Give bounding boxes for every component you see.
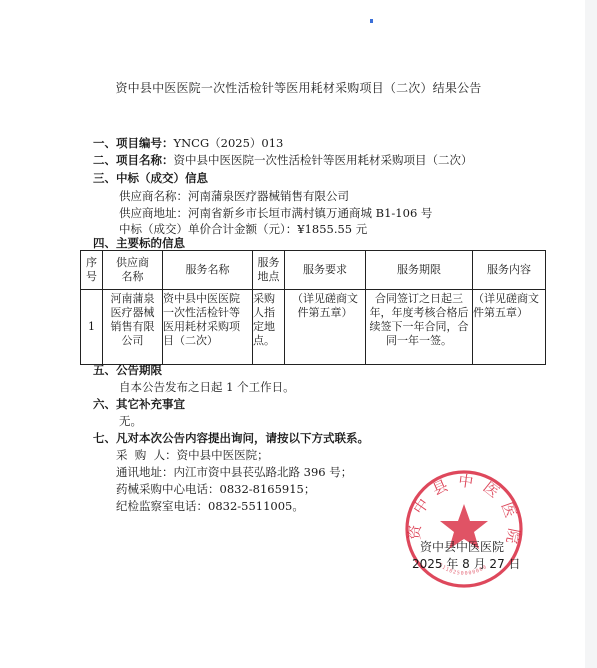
project-number-label: 一、项目编号： <box>93 136 174 150</box>
cell-service-name: 资中县中医医院 一次性活检针等 医用耗材采购项 目（二次） <box>163 290 253 365</box>
project-number-line: 一、项目编号：YNCG（2025）013 <box>93 136 283 150</box>
table-header-row: 序号 供应商名称 服务名称 服务地点 服务要求 服务期限 服务内容 <box>81 251 546 290</box>
header-content: 服务内容 <box>473 251 546 290</box>
pharmacy-phone-label: 药械采购中心电话： <box>116 482 220 496</box>
cell-supplier: 河南蒲泉 医疗器械 销售有限 公司 <box>103 290 163 365</box>
contact-address: 内江市资中县苌弘路北路 396 号； <box>174 465 353 479</box>
supplier-address-label: 供应商地址： <box>119 206 188 220</box>
table-row: 1 河南蒲泉 医疗器械 销售有限 公司 资中县中医医院 一次性活检针等 医用耗材… <box>81 290 546 365</box>
notice-period-text: 自本公告发布之日起 1 个工作日。 <box>119 380 295 394</box>
header-seq: 序号 <box>81 251 103 290</box>
supplier-address-line: 供应商地址：河南省新乡市长垣市满村镇万通商城 B1-106 号 <box>119 206 432 220</box>
document-title: 资中县中医医院一次性活检针等医用耗材采购项目（二次）结果公告 <box>0 79 597 96</box>
pharmacy-phone: 0832-8165915； <box>220 482 316 496</box>
signature-date: 2025 年 8 月 27 日 <box>412 555 521 572</box>
project-name-line: 二、项目名称：资中县中医医院一次性活检针等医用耗材采购项目（二次） <box>93 153 473 167</box>
purchaser-label: 采 购 人： <box>116 448 177 462</box>
supplier-name-label: 供应商名称： <box>119 189 188 203</box>
cell-location: 采购 人指 定地 点。 <box>253 290 285 365</box>
discipline-phone: 0832-5511005。 <box>208 499 304 513</box>
award-amount: ¥1855.55 元 <box>297 222 367 236</box>
supplier-name-line: 供应商名称：河南蒲泉医疗器械销售有限公司 <box>119 189 349 203</box>
purchaser-line: 采 购 人：资中县中医医院； <box>116 448 269 462</box>
header-requirement: 服务要求 <box>285 251 366 290</box>
header-location: 服务地点 <box>253 251 285 290</box>
award-amount-line: 中标（成交）单价合计金额（元）：¥1855.55 元 <box>119 222 367 236</box>
other-matters-heading: 六、其它补充事宜 <box>93 397 185 411</box>
cell-period: 合同签订之日起三 年，年度考核合格后 续签下一年合同，合 同一年一签。 <box>366 290 473 365</box>
page-edge <box>585 0 597 668</box>
supplier-address: 河南省新乡市长垣市满村镇万通商城 B1-106 号 <box>188 206 432 220</box>
header-period: 服务期限 <box>366 251 473 290</box>
notice-period-heading: 五、公告期限 <box>93 363 162 377</box>
discipline-phone-label: 纪检监察室电话： <box>116 499 208 513</box>
cell-requirement: （详见磋商文 件第五章） <box>285 290 366 365</box>
supplier-name: 河南蒲泉医疗器械销售有限公司 <box>188 189 349 203</box>
header-service-name: 服务名称 <box>163 251 253 290</box>
document-page: 资中县中医医院一次性活检针等医用耗材采购项目（二次）结果公告 一、项目编号：YN… <box>0 0 597 668</box>
contact-address-label: 通讯地址： <box>116 465 174 479</box>
project-number: YNCG（2025）013 <box>174 136 284 150</box>
award-amount-label: 中标（成交）单价合计金额（元）： <box>119 222 297 236</box>
other-matters-text: 无。 <box>119 414 142 428</box>
contact-address-line: 通讯地址：内江市资中县苌弘路北路 396 号； <box>116 465 352 479</box>
scan-artifact <box>370 19 373 23</box>
discipline-phone-line: 纪检监察室电话：0832-5511005。 <box>116 499 304 513</box>
project-name: 资中县中医医院一次性活检针等医用耗材采购项目（二次） <box>174 153 473 167</box>
purchaser: 资中县中医医院； <box>177 448 269 462</box>
contact-heading: 七、凡对本次公告内容提出询问，请按以下方式联系。 <box>93 431 369 445</box>
signature-org: 资中县中医医院 <box>420 538 504 555</box>
award-info-heading: 三、中标（成交）信息 <box>93 171 208 185</box>
header-supplier: 供应商名称 <box>103 251 163 290</box>
cell-content: （详见磋商文 件第五章） <box>473 290 546 365</box>
project-name-label: 二、项目名称： <box>93 153 174 167</box>
subject-info-heading: 四、主要标的信息 <box>93 236 185 250</box>
cell-seq: 1 <box>81 290 103 365</box>
pharmacy-phone-line: 药械采购中心电话：0832-8165915； <box>116 482 315 496</box>
subject-info-table: 序号 供应商名称 服务名称 服务地点 服务要求 服务期限 服务内容 1 河南蒲泉… <box>80 250 546 365</box>
